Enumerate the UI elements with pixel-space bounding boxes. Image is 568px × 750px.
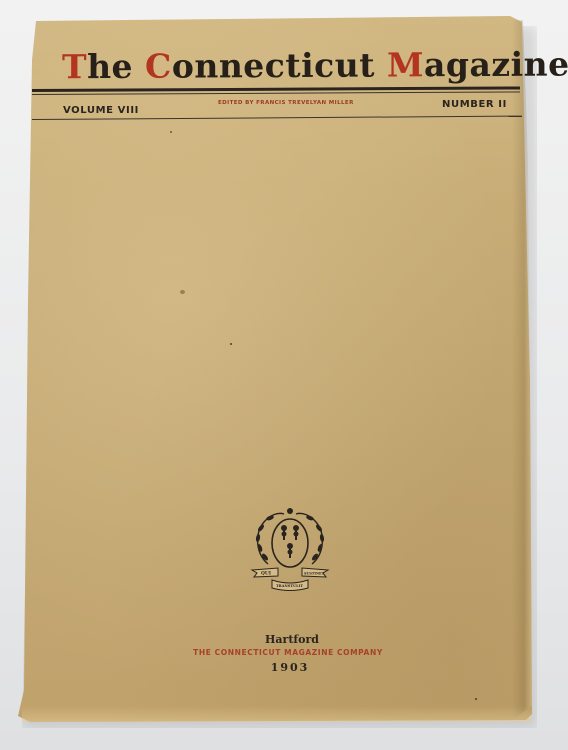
seal-motto-left: QUI — [261, 571, 271, 577]
title-agazine: agazine — [424, 45, 568, 85]
title-initial-m: M — [387, 45, 424, 84]
paper-speck — [475, 698, 477, 700]
issue-number: NUMBER II — [442, 99, 507, 110]
paper-speck — [170, 131, 172, 133]
editor-credit: EDITED BY FRANCIS TREVELYAN MILLER — [218, 100, 354, 106]
publication-city: Hartford — [0, 633, 568, 646]
title-initial-t: T — [62, 47, 87, 86]
title-onnecticut: onnecticut — [172, 46, 387, 86]
publication-year: 1903 — [0, 661, 568, 674]
seal-motto-bottom: TRANSTULIT — [276, 584, 303, 588]
paper-stain — [180, 290, 185, 294]
paper-speck — [230, 343, 232, 345]
connecticut-state-seal-icon: QUI SUSTINET TRANSTULIT — [248, 506, 332, 594]
publisher-name: THE CONNECTICUT MAGAZINE COMPANY — [0, 648, 568, 657]
volume-label: VOLUME VIII — [63, 105, 139, 116]
title-he: he — [87, 47, 145, 86]
magazine-title: The Connecticut Magazine — [62, 45, 522, 86]
title-initial-c: C — [145, 47, 172, 86]
cover-bottom-edge — [22, 706, 532, 722]
seal-motto-right: SUSTINET — [304, 572, 325, 576]
